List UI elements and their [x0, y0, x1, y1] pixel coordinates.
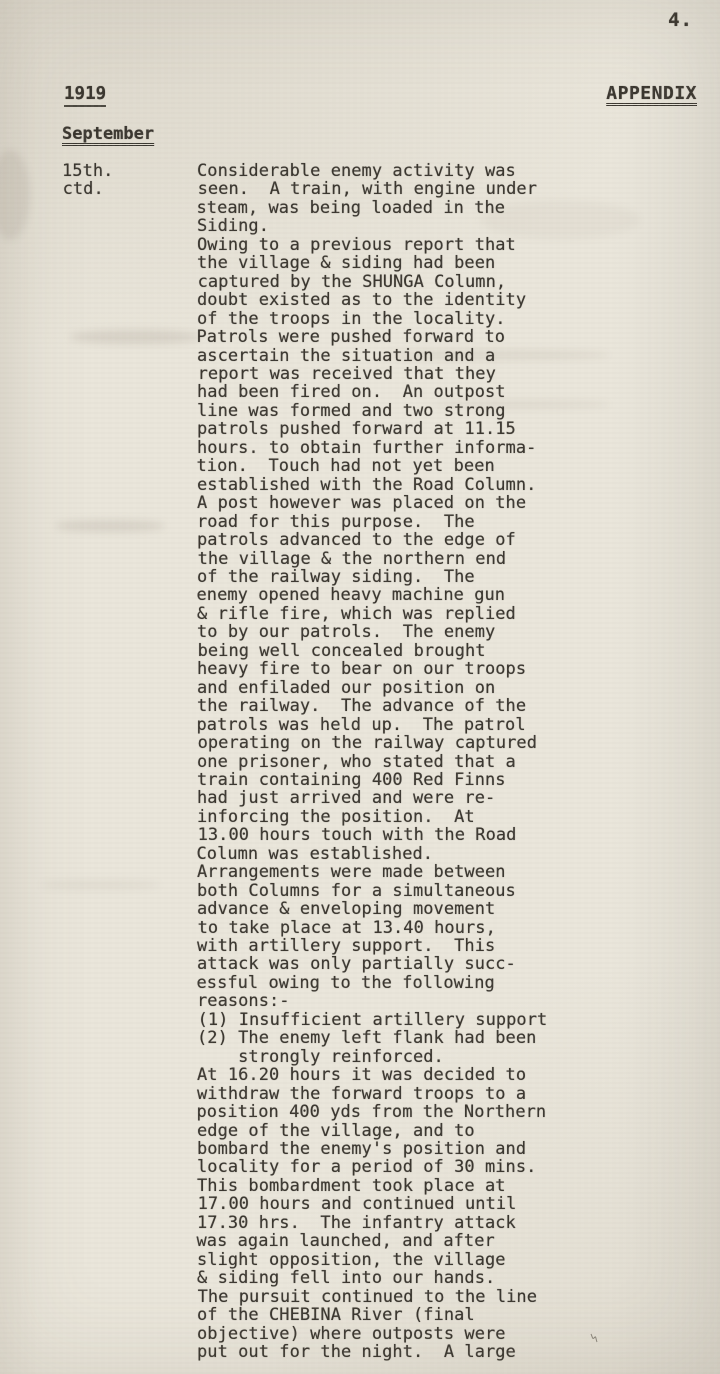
text-line: hours. to obtain further informa-: [197, 439, 577, 457]
text-line: both Columns for a simultaneous: [197, 882, 577, 900]
text-line: to take place at 13.40 hours,: [198, 919, 578, 937]
text-line: being well concealed brought: [198, 642, 578, 660]
text-line: the railway. The advance of the: [197, 697, 577, 715]
text-line: established with the Road Column.: [197, 476, 577, 494]
text-line: had just arrived and were re-: [197, 789, 577, 807]
text-line: put out for the night. A large: [197, 1343, 577, 1361]
appendix-heading-text: APPENDIX: [606, 83, 697, 106]
text-line: captured by the SHUNGA Column,: [198, 273, 578, 291]
typewritten-diary-page: 4. 1919 APPENDIX September 15th.ctd. Con…: [0, 0, 720, 1374]
appendix-heading: APPENDIX: [606, 83, 697, 106]
page-number: 4.: [668, 9, 693, 31]
text-line: (1) Insufficient artillery support: [198, 1011, 578, 1029]
text-line: At 16.20 hours it was decided to: [197, 1066, 577, 1084]
text-line: ctd.: [63, 180, 114, 198]
text-line: road for this purpose. The: [197, 513, 577, 531]
text-line: to by our patrols. The enemy: [197, 623, 577, 641]
text-line: inforcing the position. At: [197, 808, 577, 826]
text-line: (2) The enemy left flank had been: [197, 1029, 577, 1047]
text-line: doubt existed as to the identity: [197, 291, 577, 309]
text-line: edge of the village, and to: [197, 1122, 577, 1140]
text-line: & rifle fire, which was replied: [197, 605, 577, 623]
month-heading-text: September: [62, 124, 154, 146]
text-line: & siding fell into our hands.: [197, 1269, 577, 1287]
text-line: A post however was placed on the: [197, 494, 577, 512]
text-line: Siding.: [197, 217, 577, 235]
text-line: 17.30 hrs. The infantry attack: [197, 1214, 577, 1232]
text-line: the village & the northern end: [198, 550, 578, 568]
text-line: operating on the railway captured: [198, 734, 578, 752]
text-line: had been fired on. An outpost: [197, 383, 577, 401]
text-line: seen. A train, with engine under: [198, 180, 578, 198]
text-line: with artillery support. This: [197, 937, 577, 955]
text-line: Owing to a previous report that: [197, 236, 577, 254]
year-heading-text: 1919: [64, 84, 106, 107]
text-line: patrols pushed forward at 11.15: [197, 420, 577, 438]
text-line: objective) where outposts were: [197, 1325, 577, 1343]
text-line: and enfiladed our position on: [197, 679, 577, 697]
text-line: advance & enveloping movement: [197, 900, 577, 918]
text-line: tion. Touch had not yet been: [197, 457, 577, 475]
margin-date-column: 15th.ctd.: [62, 162, 113, 199]
text-line: of the railway siding. The: [197, 568, 577, 586]
year-heading: 1919: [64, 84, 106, 107]
text-line: patrols advanced to the edge of: [197, 531, 577, 549]
text-line: ascertain the situation and a: [197, 347, 577, 365]
body-text: Considerable enemy activity wasseen. A t…: [197, 162, 577, 1361]
text-line: one prisoner, who stated that a: [197, 753, 577, 771]
text-line: Patrols were pushed forward to: [197, 328, 577, 346]
text-line: locality for a period of 30 mins.: [197, 1158, 577, 1176]
text-line: bombard the enemy's position and: [197, 1140, 577, 1158]
text-line: was again launched, and after: [197, 1232, 577, 1250]
text-line: 15th.: [62, 162, 113, 180]
text-line: strongly reinforced.: [197, 1048, 577, 1066]
text-line: Column was established.: [197, 845, 577, 863]
text-line: reasons:-: [197, 992, 577, 1010]
text-line: Arrangements were made between: [197, 863, 577, 881]
text-line: train containing 400 Red Finns: [197, 771, 577, 789]
text-line: heavy fire to bear on our troops: [197, 660, 577, 678]
text-line: essful owing to the following: [197, 974, 577, 992]
text-line: 13.00 hours touch with the Road: [198, 826, 578, 844]
text-line: patrols was held up. The patrol: [197, 716, 577, 734]
bleedthrough-smudge: [55, 520, 165, 532]
text-line: attack was only partially succ-: [197, 955, 577, 973]
text-line: Considerable enemy activity was: [197, 162, 577, 180]
text-line: 17.00 hours and continued until: [198, 1195, 578, 1213]
text-line: withdraw the forward troops to a: [197, 1085, 577, 1103]
text-line: the village & siding had been: [197, 254, 577, 272]
text-line: of the troops in the locality.: [197, 310, 577, 328]
text-line: This bombardment took place at: [197, 1177, 577, 1195]
month-heading: September: [62, 124, 154, 146]
text-line: enemy opened heavy machine gun: [197, 586, 577, 604]
text-line: of the CHEBINA River (final: [197, 1306, 577, 1324]
text-line: line was formed and two strong: [197, 402, 577, 420]
bleedthrough-smudge: [70, 330, 200, 344]
text-line: The pursuit continued to the line: [198, 1288, 578, 1306]
edge-shadow: [0, 150, 30, 240]
text-line: position 400 yds from the Northern: [197, 1103, 577, 1121]
bleedthrough-smudge: [40, 880, 160, 890]
text-line: report was received that they: [198, 365, 578, 383]
text-line: steam, was being loaded in the: [197, 199, 577, 217]
text-line: slight opposition, the village: [197, 1251, 577, 1269]
pencil-mark: [589, 1331, 599, 1343]
